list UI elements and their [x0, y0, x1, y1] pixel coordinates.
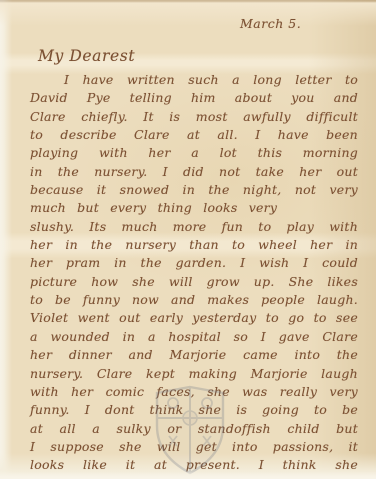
letter-line: Clare chiefly. It is most awfully diffic… [30, 108, 358, 126]
letter-line: Violet went out early yesterday to go to… [30, 309, 358, 327]
letter-line: in the nursery. I did not take her out [30, 163, 358, 181]
letter-line: because it snowed in the night, not very [30, 181, 358, 199]
letter-line: slushy. Its much more fun to play with [30, 218, 358, 236]
letter-line: picture how she will grow up. She likes [30, 273, 358, 291]
letter-line: at all a sulky or standoffish child but [30, 420, 358, 438]
letter-line: David Pye telling him about you and [30, 89, 358, 107]
letter-line: I suppose she will get into passions, it [30, 438, 358, 456]
letter-line: her pram in the garden. I wish I could [30, 254, 358, 272]
letter-line: to describe Clare at all. I have been [30, 126, 358, 144]
letter-line: I have written such a long letter to [30, 71, 358, 89]
letter-line: her dinner and Marjorie came into the [30, 346, 358, 364]
letter-line: to be funny now and makes people laugh. [30, 291, 358, 309]
letter-line: nursery. Clare kept making Marjorie laug… [30, 365, 358, 383]
letter-line: much but every thing looks very [30, 199, 358, 217]
letter-line: with her comic faces, she was really ver… [30, 383, 358, 401]
letter-page: March 5. My Dearest I have written such … [0, 0, 376, 479]
letter-salutation: My Dearest [38, 47, 135, 65]
letter-line: a wounded in a hospital so I gave Clare [30, 328, 358, 346]
letter-line: funny. I dont think she is going to be [30, 401, 358, 419]
paper-bottom-edge [0, 471, 376, 479]
letter-body: I have written such a long letter to Dav… [30, 71, 358, 475]
letter-line: playing with her a lot this morning [30, 144, 358, 162]
letter-date: March 5. [240, 16, 301, 31]
letter-line: her in the nursery than to wheel her in [30, 236, 358, 254]
